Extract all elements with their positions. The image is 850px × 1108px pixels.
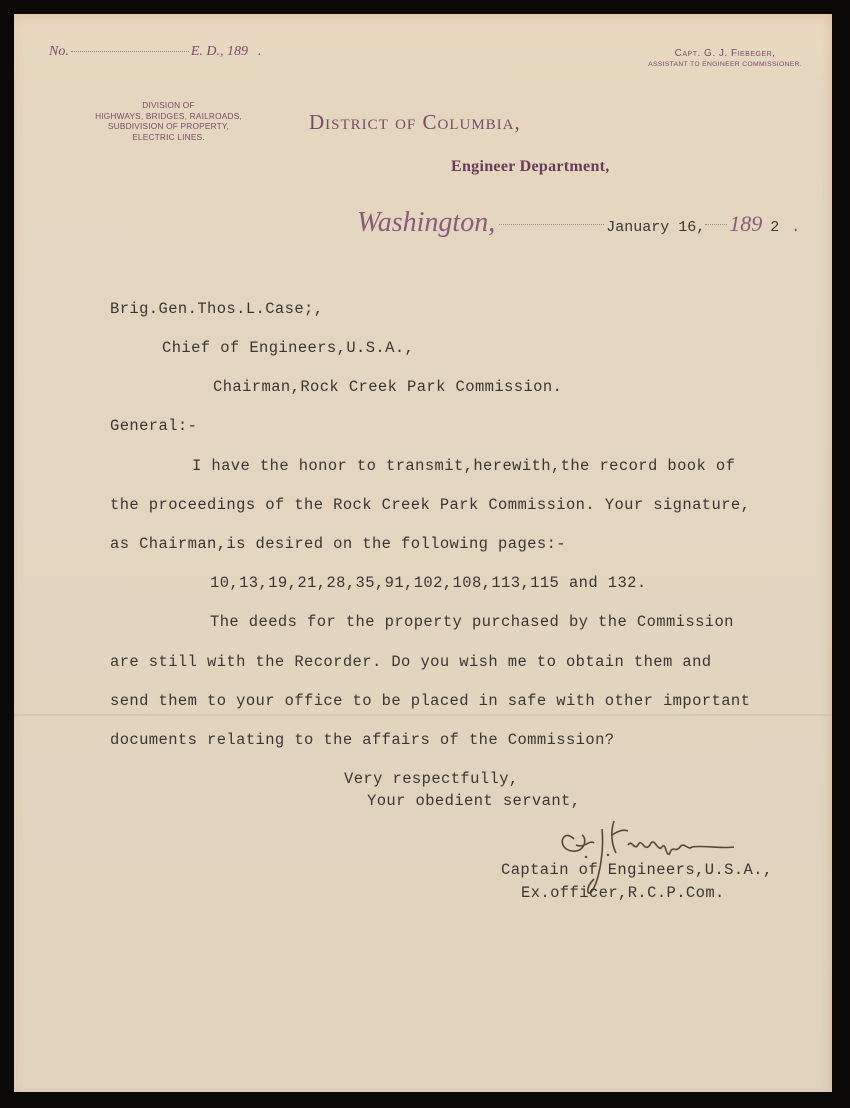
file-number-tail: . [258, 44, 262, 59]
place-name: Washington, [357, 207, 495, 239]
year-typed: 2 [770, 219, 779, 236]
body-line: are still with the Recorder. Do you wish… [110, 653, 712, 671]
place-date-line: Washington,January 16,1892. [357, 207, 800, 247]
salutation: General:- [110, 417, 197, 435]
date-blank-2 [705, 224, 727, 225]
body-line: send them to your office to be placed in… [110, 692, 750, 710]
year-printed: 189 [729, 211, 762, 236]
closing-line: Very respectfully, [344, 770, 519, 788]
paper-fold-line [14, 714, 832, 716]
division-line: ELECTRIC LINES. [76, 132, 261, 143]
date-blank [499, 224, 604, 225]
letter-page: No.E. D., 189. Capt. G. J. Fiebeger, Ass… [14, 14, 832, 1092]
division-block: DIVISION OF HIGHWAYS, BRIDGES, RAILROADS… [76, 100, 261, 142]
body-line: the proceedings of the Rock Creek Park C… [110, 496, 750, 514]
file-number-suffix: E. D., 189 [191, 44, 248, 59]
date-period: . [791, 219, 800, 236]
body-line: The deeds for the property purchased by … [210, 613, 734, 631]
signer-title-line: Ex.officer,R.C.P.Com. [521, 884, 725, 902]
officer-block: Capt. G. J. Fiebeger, Assistant to Engin… [648, 48, 802, 68]
recipient-line: Chairman,Rock Creek Park Commission. [213, 378, 562, 396]
file-number-line: No.E. D., 189. [49, 44, 262, 60]
body-line: documents relating to the affairs of the… [110, 731, 614, 749]
officer-title: Assistant to Engineer Commissioner. [648, 61, 802, 68]
division-line: SUBDIVISION OF PROPERTY, [76, 121, 261, 132]
file-number-blank [71, 51, 189, 52]
body-line: as Chairman,is desired on the following … [110, 535, 566, 553]
officer-name: Capt. G. J. Fiebeger, [648, 48, 802, 59]
recipient-line: Chief of Engineers,U.S.A., [162, 339, 414, 357]
district-heading: District of Columbia, [309, 110, 521, 135]
page-list: 10,13,19,21,28,35,91,102,108,113,115 and… [210, 574, 647, 592]
file-number-label: No. [49, 44, 69, 59]
recipient-line: Brig.Gen.Thos.L.Case;, [110, 300, 323, 318]
division-line: DIVISION OF [76, 100, 261, 111]
closing-line: Your obedient servant, [367, 792, 580, 810]
department-heading: Engineer Department, [451, 158, 610, 176]
division-line: HIGHWAYS, BRIDGES, RAILROADS, [76, 111, 261, 122]
body-line: I have the honor to transmit,herewith,th… [192, 457, 735, 475]
signer-title-line: Captain of Engineers,U.S.A., [501, 861, 773, 879]
date-typed: January 16, [606, 219, 705, 236]
